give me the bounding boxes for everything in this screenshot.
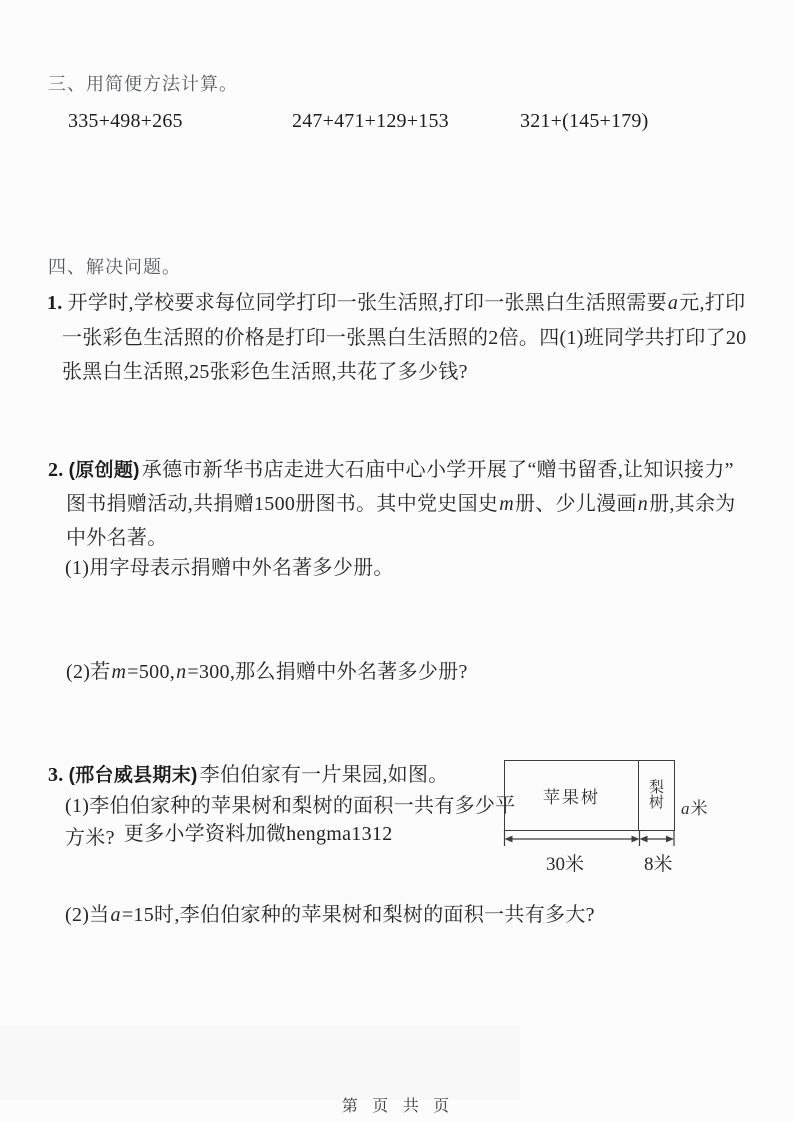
variable-a: a <box>667 292 679 314</box>
problem2-line2-text: 图书捐赠活动,共捐赠1500册图书。其中党史国史 <box>66 493 498 515</box>
problem3-question1-line2: 方米?更多小学资料加微hengma1312 <box>65 827 393 850</box>
side-unit: 米 <box>691 799 708 818</box>
problem2-question2: (2)若m=500,n=300,那么捐赠中外名著多少册? <box>66 661 468 684</box>
expression-3: 321+(145+179) <box>520 110 648 133</box>
pear-label-char1: 梨 <box>649 781 664 796</box>
problem1-line2: 一张彩色生活照的价格是打印一张黑白生活照的2倍。四(1)班同学共打印了20 <box>62 327 746 350</box>
problem3-q1-tail: 方米? <box>65 827 115 849</box>
worksheet-page: 三、用简便方法计算。 335+498+265 247+471+129+153 3… <box>0 0 793 1122</box>
variable-a: a <box>680 799 691 818</box>
scan-artifact <box>0 1026 520 1100</box>
variable-a: a <box>110 904 122 926</box>
problem2-q2-mid: =500, <box>127 661 175 683</box>
apple-width-label: 30米 <box>546 849 584 876</box>
problem2-line1: 2.(原创题)承德市新华书店走进大石庙中心小学开展了“赠书留香,让知识接力” <box>48 459 734 482</box>
page-footer: 第 页 共 页 <box>0 1093 793 1116</box>
problem2-q2-tail: =300,那么捐赠中外名著多少册? <box>187 661 467 683</box>
problem2-line3: 中外名著。 <box>66 527 168 550</box>
expression-2: 247+471+129+153 <box>292 110 449 133</box>
variable-n: n <box>175 661 187 683</box>
side-length-label: a米 <box>680 794 708 819</box>
apple-area: 苹果树 <box>505 761 639 830</box>
pear-area: 梨 树 <box>639 761 674 830</box>
watermark-text: 更多小学资料加微hengma1312 <box>124 823 393 845</box>
problem3-question2: (2)当a=15时,李伯伯家种的苹果树和梨树的面积一共有多大? <box>65 904 595 927</box>
problem3-q2-tail: =15时,李伯伯家种的苹果树和梨树的面积一共有多大? <box>122 904 595 926</box>
problem2-number: 2. <box>48 459 64 481</box>
problem1-line1: 1.开学时,学校要求每位同学打印一张生活照,打印一张黑白生活照需要a元,打印 <box>47 292 745 315</box>
variable-n: n <box>637 493 649 515</box>
dimension-arrows <box>502 830 678 848</box>
problem2-line1-text: 承德市新华书店走进大石庙中心小学开展了“赠书留香,让知识接力” <box>142 459 734 481</box>
pear-label-char2: 树 <box>649 796 664 811</box>
variable-m: m <box>498 493 515 515</box>
problem3-question1-line1: (1)李伯伯家种的苹果树和梨树的面积一共有多少平 <box>65 795 516 818</box>
problem3-line1: 3.(邢台威县期末)李伯伯家有一片果园,如图。 <box>48 764 449 787</box>
pear-width-label: 8米 <box>644 849 673 876</box>
problem2-tag: (原创题) <box>69 460 140 481</box>
problem2-line2: 图书捐赠活动,共捐赠1500册图书。其中党史国史m册、少儿漫画n册,其余为 <box>66 493 736 516</box>
section3-title: 三、用简便方法计算。 <box>48 73 238 96</box>
expression-1: 335+498+265 <box>68 110 183 133</box>
problem3-number: 3. <box>48 764 64 786</box>
problem1-line1-text: 开学时,学校要求每位同学打印一张生活照,打印一张黑白生活照需要 <box>68 292 667 314</box>
orchard-diagram: 苹果树 梨 树 <box>504 760 675 831</box>
section4-title: 四、解决问题。 <box>48 256 181 279</box>
problem2-question1: (1)用字母表示捐赠中外名著多少册。 <box>65 557 394 580</box>
problem3-tag: (邢台威县期末) <box>69 765 198 786</box>
problem2-line2-mid: 册、少儿漫画 <box>515 493 637 515</box>
problem3-line1-text: 李伯伯家有一片果园,如图。 <box>200 764 449 786</box>
problem1-line1-tail: 元,打印 <box>679 292 745 314</box>
problem1-number: 1. <box>47 292 63 314</box>
problem3-q2-text: (2)当 <box>65 904 110 926</box>
variable-m: m <box>111 661 128 683</box>
problem2-q2-text: (2)若 <box>66 661 111 683</box>
problem1-line3: 张黑白生活照,25张彩色生活照,共花了多少钱? <box>62 361 468 384</box>
problem2-line2-tail: 册,其余为 <box>649 493 736 515</box>
